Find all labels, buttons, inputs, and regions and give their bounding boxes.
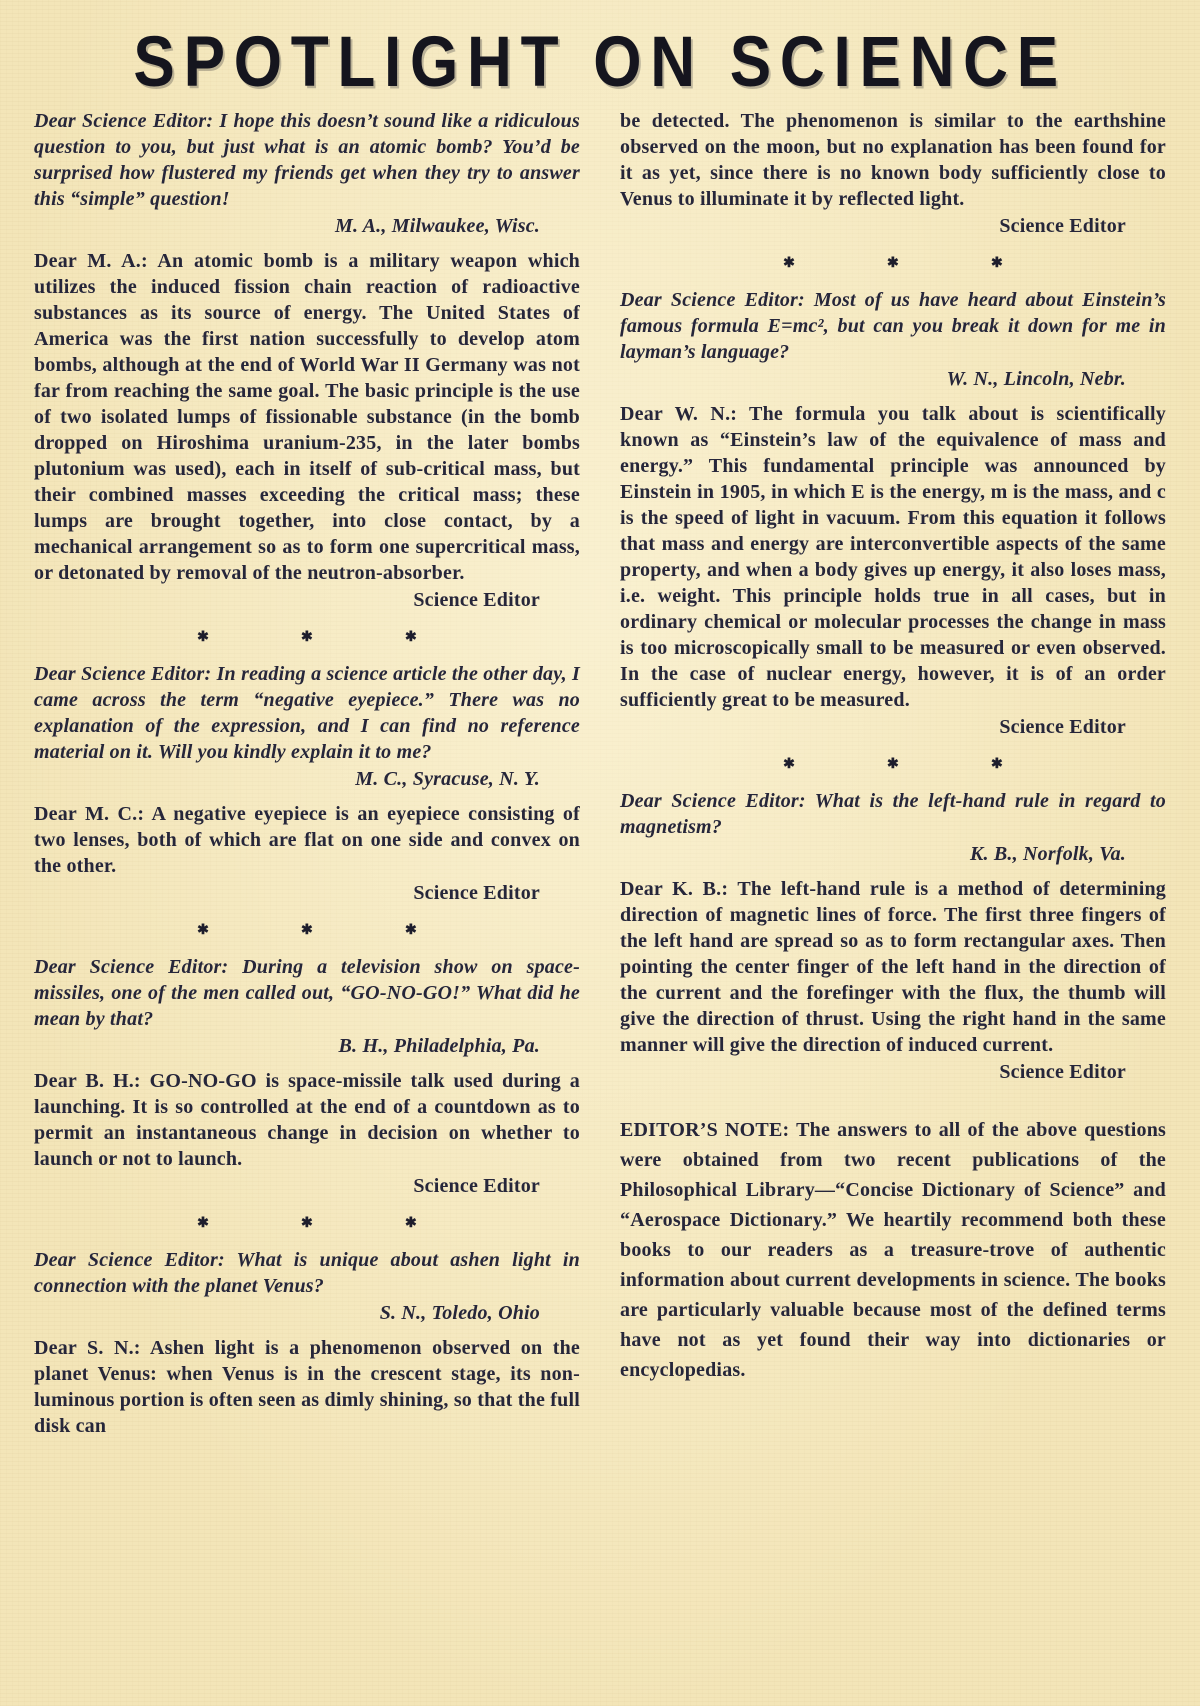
section-separator: ✱✱✱	[34, 616, 580, 652]
letter-paragraph: Dear Science Editor: I hope this doesn’t…	[34, 108, 580, 212]
section-separator: ✱✱✱	[620, 242, 1166, 278]
asterisk-icon: ✱	[197, 924, 209, 938]
editor-signature: Science Editor	[620, 213, 1166, 239]
asterisk-icon: ✱	[887, 257, 899, 271]
asterisk-icon: ✱	[783, 257, 795, 271]
masthead: SPOTLIGHT ON SCIENCE	[34, 14, 1166, 94]
asterisk-icon: ✱	[405, 924, 417, 938]
letter-paragraph: Dear Science Editor: During a television…	[34, 954, 580, 1032]
asterisk-icon: ✱	[301, 924, 313, 938]
letter-paragraph: Dear Science Editor: What is unique abou…	[34, 1247, 580, 1299]
asterisk-icon: ✱	[405, 1217, 417, 1231]
letter-signature: K. B., Norfolk, Va.	[620, 841, 1166, 867]
editor-signature: Science Editor	[34, 1173, 580, 1199]
editor-signature: Science Editor	[620, 1059, 1166, 1085]
asterisk-icon: ✱	[301, 1217, 313, 1231]
answer-paragraph: Dear K. B.: The left-hand rule is a meth…	[620, 876, 1166, 1058]
two-column-layout: Dear Science Editor: I hope this doesn’t…	[34, 108, 1166, 1439]
section-separator: ✱✱✱	[34, 909, 580, 945]
column-left: Dear Science Editor: I hope this doesn’t…	[34, 108, 580, 1439]
asterisk-icon: ✱	[783, 758, 795, 772]
editor-signature: Science Editor	[34, 587, 580, 613]
asterisk-icon: ✱	[197, 1217, 209, 1231]
letter-signature: W. N., Lincoln, Nebr.	[620, 366, 1166, 392]
editor-signature: Science Editor	[34, 880, 580, 906]
letter-signature: M. A., Milwaukee, Wisc.	[34, 213, 580, 239]
answer-paragraph: Dear S. N.: Ashen light is a phenomenon …	[34, 1335, 580, 1439]
asterisk-icon: ✱	[301, 631, 313, 645]
answer-paragraph: Dear M. A.: An atomic bomb is a military…	[34, 248, 580, 586]
letter-paragraph: Dear Science Editor: In reading a scienc…	[34, 661, 580, 765]
answer-paragraph: Dear B. H.: GO-NO-GO is space-missile ta…	[34, 1068, 580, 1172]
section-separator: ✱✱✱	[34, 1202, 580, 1238]
editors-note: EDITOR’S NOTE: The answers to all of the…	[620, 1115, 1166, 1385]
letter-signature: B. H., Philadelphia, Pa.	[34, 1033, 580, 1059]
asterisk-icon: ✱	[405, 631, 417, 645]
letter-paragraph: Dear Science Editor: Most of us have hea…	[620, 287, 1166, 365]
letter-paragraph: Dear Science Editor: What is the left-ha…	[620, 788, 1166, 840]
comic-text-page: SPOTLIGHT ON SCIENCE Dear Science Editor…	[0, 0, 1200, 1706]
editor-signature: Science Editor	[620, 714, 1166, 740]
asterisk-icon: ✱	[991, 257, 1003, 271]
asterisk-icon: ✱	[197, 631, 209, 645]
letter-signature: M. C., Syracuse, N. Y.	[34, 766, 580, 792]
answer-paragraph: be detected. The phenomenon is similar t…	[620, 108, 1166, 212]
column-right: be detected. The phenomenon is similar t…	[620, 108, 1166, 1439]
section-separator: ✱✱✱	[620, 743, 1166, 779]
answer-paragraph: Dear M. C.: A negative eyepiece is an ey…	[34, 801, 580, 879]
page-title: SPOTLIGHT ON SCIENCE	[133, 20, 1066, 103]
asterisk-icon: ✱	[991, 758, 1003, 772]
letter-signature: S. N., Toledo, Ohio	[34, 1300, 580, 1326]
asterisk-icon: ✱	[887, 758, 899, 772]
answer-paragraph: Dear W. N.: The formula you talk about i…	[620, 401, 1166, 713]
